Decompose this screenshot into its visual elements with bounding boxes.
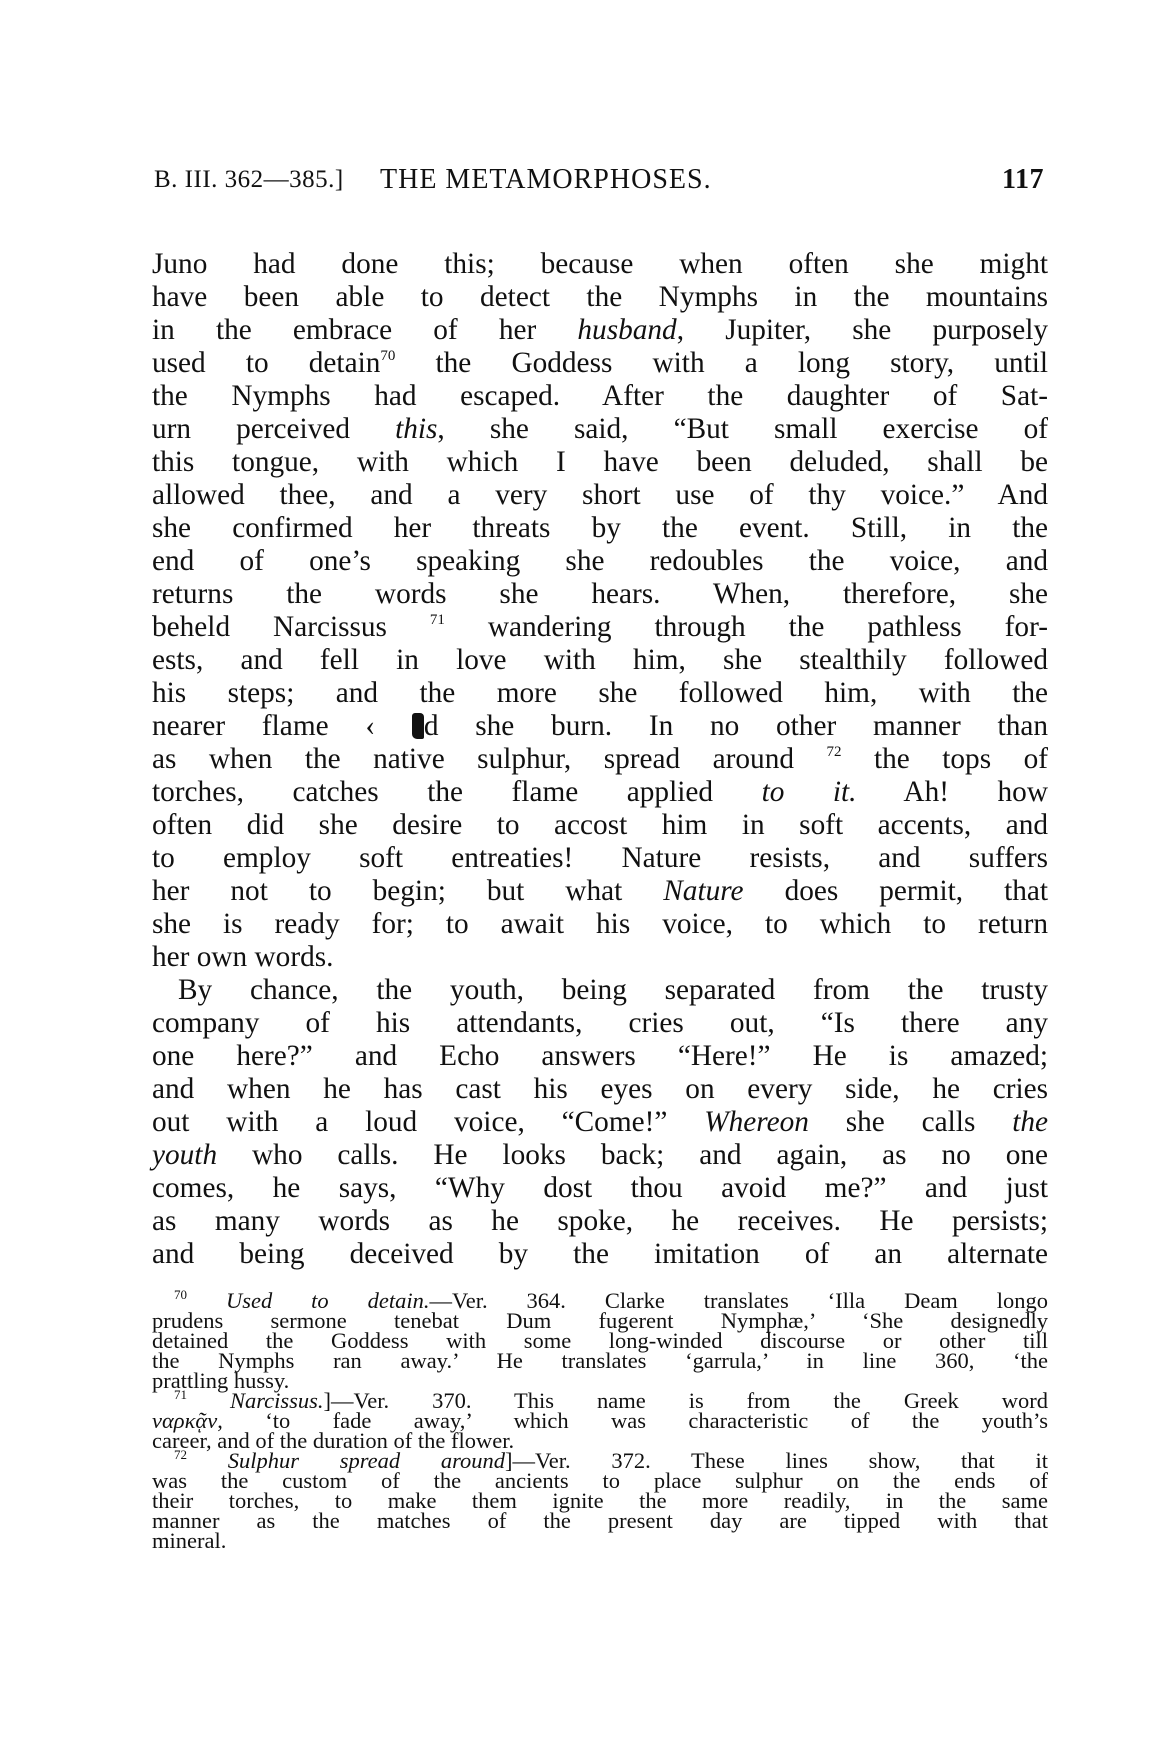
text-line: out with a loud voice, “Come!” Whereon s… xyxy=(152,1106,1048,1139)
text-run: end of one’s speaking she redoubles the … xyxy=(152,545,1048,577)
text-run: By chance, the youth, being separated fr… xyxy=(178,974,1048,1006)
italic-text: this xyxy=(395,413,437,445)
text-line: she is ready for; to await his voice, to… xyxy=(152,908,1048,941)
text-run: company of his attendants, cries out, “I… xyxy=(152,1007,1048,1039)
text-run: she is ready for; to await his voice, to… xyxy=(152,908,1048,940)
text-run: used to detain xyxy=(152,347,380,379)
italic-text: the xyxy=(1012,1106,1048,1138)
text-line: nearer flame ‹ d she burn. In no other m… xyxy=(152,710,1048,743)
text-run: mineral. xyxy=(152,1528,226,1553)
book-page: B. III. 362—385.] THE METAMORPHOSES. 117… xyxy=(152,160,1048,1551)
italic-text: husband xyxy=(577,314,676,346)
text-run: manner as the matches of the present day… xyxy=(152,1508,1048,1533)
text-run: her own words. xyxy=(152,941,333,973)
text-run: the Nymphs had escaped. After the daught… xyxy=(152,380,1048,412)
text-run: and being deceived by the imitation of a… xyxy=(152,1238,1048,1270)
text-run: torches, catches the flame applied xyxy=(152,776,762,808)
text-line: company of his attendants, cries out, “I… xyxy=(152,1007,1048,1040)
text-line: end of one’s speaking she redoubles the … xyxy=(152,545,1048,578)
text-run: to employ soft entreaties! Nature resist… xyxy=(152,842,1048,874)
text-line: as when the native sulphur, spread aroun… xyxy=(152,743,1048,776)
text-run: the tops of xyxy=(842,743,1049,775)
text-line: Juno had done this; because when often s… xyxy=(152,248,1048,281)
text-line: have been able to detect the Nymphs in t… xyxy=(152,281,1048,314)
text-run: this tongue, with which I have been delu… xyxy=(152,446,1048,478)
text-run: nearer flame ‹ xyxy=(152,710,412,742)
text-run: allowed thee, and a very short use of th… xyxy=(152,479,1048,511)
text-run: who calls. He looks back; and again, as … xyxy=(217,1139,1048,1171)
page-number: 117 xyxy=(1002,160,1044,200)
text-line: torches, catches the flame applied to it… xyxy=(152,776,1048,809)
text-line: in the embrace of her husband, Jupiter, … xyxy=(152,314,1048,347)
text-run: often did she desire to accost him in so… xyxy=(152,809,1048,841)
text-run: his steps; and the more she followed him… xyxy=(152,677,1048,709)
text-run: does permit, that xyxy=(744,875,1048,907)
text-run: wandering through the pathless for- xyxy=(445,611,1048,643)
text-line: comes, he says, “Why dost thou avoid me?… xyxy=(152,1172,1048,1205)
text-run: she calls xyxy=(809,1106,1012,1138)
text-line: and when he has cast his eyes on every s… xyxy=(152,1073,1048,1106)
text-run: one here?” and Echo answers “Here!” He i… xyxy=(152,1040,1048,1072)
footnote-72: 72 Sulphur spread around]—Ver. 372. Thes… xyxy=(152,1451,1048,1551)
text-run: comes, he says, “Why dost thou avoid me?… xyxy=(152,1172,1048,1204)
footnote-number: 70 xyxy=(174,1287,187,1302)
text-run: returns the words she hears. When, there… xyxy=(152,578,1048,610)
text-run: her not to begin; but what xyxy=(152,875,663,907)
text-line: youth who calls. He looks back; and agai… xyxy=(152,1139,1048,1172)
text-run: have been able to detect the Nymphs in t… xyxy=(152,281,1048,313)
footnote-line: manner as the matches of the present day… xyxy=(152,1511,1048,1531)
text-line: she confirmed her threats by the event. … xyxy=(152,512,1048,545)
text-run: she confirmed her threats by the event. … xyxy=(152,512,1048,544)
text-line: returns the words she hears. When, there… xyxy=(152,578,1048,611)
running-head: B. III. 362—385.] THE METAMORPHOSES. 117 xyxy=(152,160,1048,200)
text-run: as when the native sulphur, spread aroun… xyxy=(152,743,827,775)
footnotes: 70 Used to detain.—Ver. 364. Clarke tran… xyxy=(152,1291,1048,1551)
text-run: , Jupiter, she purposely xyxy=(677,314,1048,346)
text-run: the Goddess with a long story, until xyxy=(395,347,1048,379)
footnote-number: 72 xyxy=(174,1447,187,1462)
text-line: used to detain70 the Goddess with a long… xyxy=(152,347,1048,380)
footnote-70: 70 Used to detain.—Ver. 364. Clarke tran… xyxy=(152,1291,1048,1391)
text-line: one here?” and Echo answers “Here!” He i… xyxy=(152,1040,1048,1073)
footnote-line: mineral. xyxy=(152,1531,1048,1551)
text-line: her not to begin; but what Nature does p… xyxy=(152,875,1048,908)
text-run: as many words as he spoke, he receives. … xyxy=(152,1205,1048,1237)
text-line: the Nymphs had escaped. After the daught… xyxy=(152,380,1048,413)
running-title: THE METAMORPHOSES. xyxy=(380,160,712,200)
ink-blot xyxy=(412,713,424,739)
footnote-reference: 71 xyxy=(430,612,445,628)
text-line: as many words as he spoke, he receives. … xyxy=(152,1205,1048,1238)
italic-text: youth xyxy=(152,1139,217,1171)
text-line: ests, and fell in love with him, she ste… xyxy=(152,644,1048,677)
italic-text: Nature xyxy=(663,875,743,907)
text-line: to employ soft entreaties! Nature resist… xyxy=(152,842,1048,875)
book-line-reference: B. III. 362—385.] xyxy=(154,160,344,200)
text-run: , she said, “But small exercise of xyxy=(437,413,1048,445)
text-run: ests, and fell in love with him, she ste… xyxy=(152,644,1048,676)
text-run: and when he has cast his eyes on every s… xyxy=(152,1073,1048,1105)
text-line: By chance, the youth, being separated fr… xyxy=(152,974,1048,1007)
italic-text: to it. xyxy=(762,776,857,808)
text-run: urn perceived xyxy=(152,413,395,445)
footnote-reference: 70 xyxy=(380,348,395,364)
text-line: his steps; and the more she followed him… xyxy=(152,677,1048,710)
main-text: Juno had done this; because when often s… xyxy=(152,248,1048,1271)
text-line: her own words. xyxy=(152,941,1048,974)
text-run: in the embrace of her xyxy=(152,314,577,346)
footnote-71: 71 Narcissus.]—Ver. 370. This name is fr… xyxy=(152,1391,1048,1451)
text-line: beheld Narcissus 71 wandering through th… xyxy=(152,611,1048,644)
italic-text: Whereon xyxy=(704,1106,809,1138)
text-run: Ah! how xyxy=(857,776,1049,808)
text-run: d she burn. In no other manner than xyxy=(424,710,1048,742)
footnote-number: 71 xyxy=(174,1387,187,1402)
text-run: beheld Narcissus xyxy=(152,611,430,643)
text-run: out with a loud voice, “Come!” xyxy=(152,1106,704,1138)
text-line: allowed thee, and a very short use of th… xyxy=(152,479,1048,512)
text-line: this tongue, with which I have been delu… xyxy=(152,446,1048,479)
text-line: urn perceived this, she said, “But small… xyxy=(152,413,1048,446)
text-line: and being deceived by the imitation of a… xyxy=(152,1238,1048,1271)
footnote-reference: 72 xyxy=(827,744,842,760)
text-line: often did she desire to accost him in so… xyxy=(152,809,1048,842)
text-run: Juno had done this; because when often s… xyxy=(152,248,1048,280)
